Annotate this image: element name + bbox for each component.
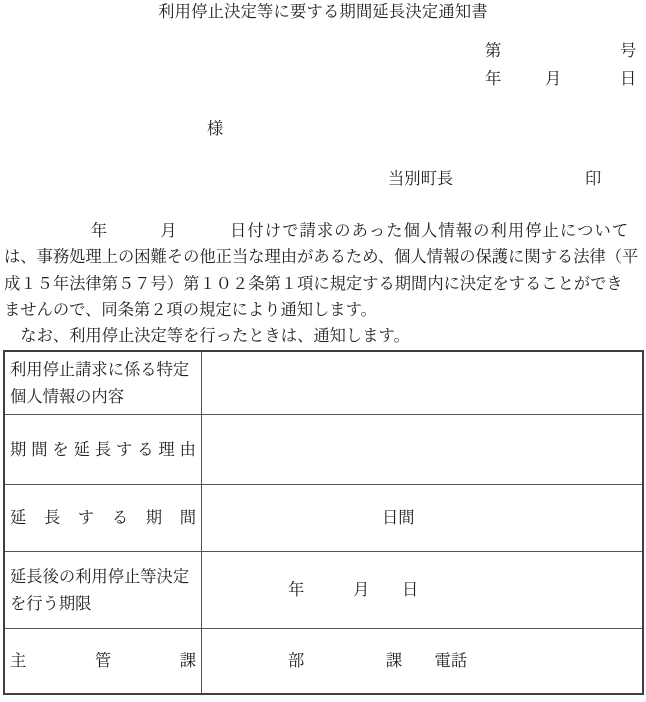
table-row-decision-deadline: 延長後の利用停止等決定を行う期限 年 月 日	[4, 551, 643, 628]
body-paragraph: 年 月 日付けで請求のあった個人情報の利用停止について は、事務処理上の困難その…	[4, 218, 644, 349]
row-value-cell: 部 課 電話	[202, 628, 644, 694]
row-label-cell: 期間を延長する理由	[4, 414, 202, 484]
body-line: 年 月 日付けで請求のあった個人情報の利用停止について	[4, 218, 644, 244]
table-row-personal-info: 利用停止請求に係る特定個人情報の内容	[4, 351, 643, 414]
row-value: 日間	[202, 504, 642, 531]
details-table: 利用停止請求に係る特定個人情報の内容 期間を延長する理由 延長する期間 日間	[3, 350, 644, 695]
table-row-extension-reason: 期間を延長する理由	[4, 414, 643, 484]
row-label-cell: 延長する期間	[4, 484, 202, 551]
row-label-cell: 延長後の利用停止等決定を行う期限	[4, 551, 202, 628]
date-day-label: 日	[620, 71, 636, 87]
table-row-extension-period: 延長する期間 日間	[4, 484, 643, 551]
issuer-name: 当別町長	[388, 171, 453, 187]
date-month-label: 月	[545, 71, 561, 87]
table-row-supervising-division: 主管課 部 課 電話	[4, 628, 643, 694]
row-value-cell	[202, 414, 644, 484]
body-line: 成１５年法律第５７号）第１０２条第１項に規定する期間内に決定をすることができ	[4, 271, 644, 297]
row-value: 年 月 日	[202, 576, 642, 603]
row-label: 延長後の利用停止等決定を行う期限	[5, 563, 201, 617]
row-value-cell	[202, 351, 644, 414]
doc-number-suffix: 号	[620, 43, 636, 59]
row-label-cell: 利用停止請求に係る特定個人情報の内容	[4, 351, 202, 414]
row-value: 部 課 電話	[202, 647, 642, 674]
recipient-honorific: 様	[207, 121, 223, 137]
body-line: は、事務処理上の困難その他正当な理由があるため、個人情報の保護に関する法律（平	[4, 244, 644, 270]
row-label: 主管課	[5, 647, 201, 674]
row-label: 期間を延長する理由	[5, 436, 201, 463]
row-value-cell: 日間	[202, 484, 644, 551]
doc-number-prefix: 第	[485, 43, 501, 59]
body-line: ませんので、同条第２項の規定により通知します。	[4, 297, 644, 323]
issuer-seal: 印	[585, 171, 601, 187]
document-title: 利用停止決定等に要する期間延長決定通知書	[0, 0, 646, 24]
notification-document: 利用停止決定等に要する期間延長決定通知書 第 号 年 月 日 様 当別町長 印 …	[0, 0, 646, 702]
body-line: なお、利用停止決定等を行ったときは、通知します。	[4, 323, 644, 349]
date-year-label: 年	[485, 71, 501, 87]
row-label-cell: 主管課	[4, 628, 202, 694]
row-label: 利用停止請求に係る特定個人情報の内容	[5, 356, 201, 410]
row-label: 延長する期間	[5, 504, 201, 531]
row-value-cell: 年 月 日	[202, 551, 644, 628]
